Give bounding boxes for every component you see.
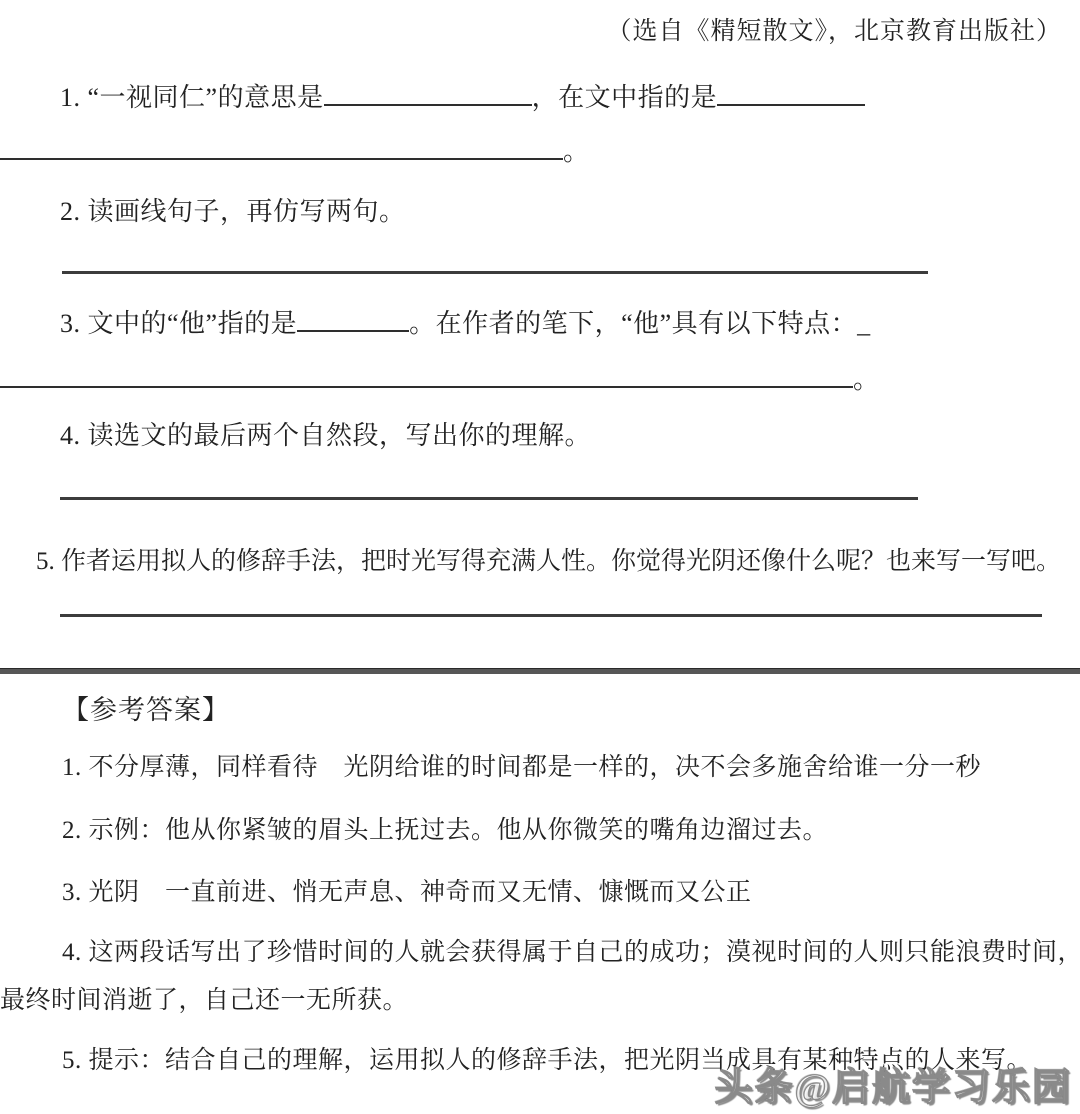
question-2: 2. 读画线句子，再仿写两句。 xyxy=(60,196,406,229)
answer-line xyxy=(60,497,918,500)
source-attribution: （选自《精短散文》，北京教育出版社） xyxy=(606,16,1062,47)
question-1-line-1: 1. “一视同仁”的意思是，在文中指的是 xyxy=(60,80,865,115)
question-1-lead: 1. “一视同仁”的意思是 xyxy=(60,83,324,112)
answer-2: 2. 示例：他从你紧皱的眉头上抚过去。他从你微笑的嘴角边溜过去。 xyxy=(62,815,828,846)
question-1-mid: ，在文中指的是 xyxy=(532,83,718,112)
answer-4-line-2: 最终时间消逝了，自己还一无所获。 xyxy=(0,985,408,1016)
question-1-line-2: 。 xyxy=(0,134,590,169)
answer-1: 1. 不分厚薄，同样看待 光阴给谁的时间都是一样的，决不会多施舍给谁一分一秒 xyxy=(62,752,981,783)
watermark: 头条@启航学习乐园 xyxy=(715,1056,1072,1111)
question-5: 5. 作者运用拟人的修辞手法，把时光写得充满人性。你觉得光阴还像什么呢？也来写一… xyxy=(36,546,1061,577)
answer-blank xyxy=(0,362,853,388)
worksheet-page: （选自《精短散文》，北京教育出版社） 1. “一视同仁”的意思是，在文中指的是 … xyxy=(0,0,1080,1114)
question-3-line-1: 3. 文中的“他”指的是。在作者的笔下，“他”具有以下特点：_ xyxy=(60,306,871,341)
answer-line xyxy=(62,271,928,274)
question-4: 4. 读选文的最后两个自然段，写出你的理解。 xyxy=(60,420,591,453)
answer-key-header: 【参考答案】 xyxy=(62,694,230,728)
answer-blank xyxy=(324,80,532,106)
question-3-period: 。 xyxy=(853,365,880,394)
answer-3: 3. 光阴 一直前进、悄无声息、神奇而又无情、慷慨而又公正 xyxy=(62,877,752,908)
answer-line xyxy=(60,614,1042,617)
answer-blank xyxy=(0,134,563,160)
question-3-line-2: 。 xyxy=(0,362,880,397)
answer-4-line-1: 4. 这两段话写出了珍惜时间的人就会获得属于自己的成功；漠视时间的人则只能浪费时… xyxy=(62,937,1080,968)
answer-blank xyxy=(297,306,409,332)
question-3-mid: 。在作者的笔下，“他”具有以下特点：_ xyxy=(409,309,871,338)
answer-blank xyxy=(717,80,865,106)
section-divider xyxy=(0,668,1080,674)
question-1-period: 。 xyxy=(563,137,590,166)
question-3-lead: 3. 文中的“他”指的是 xyxy=(60,309,297,338)
